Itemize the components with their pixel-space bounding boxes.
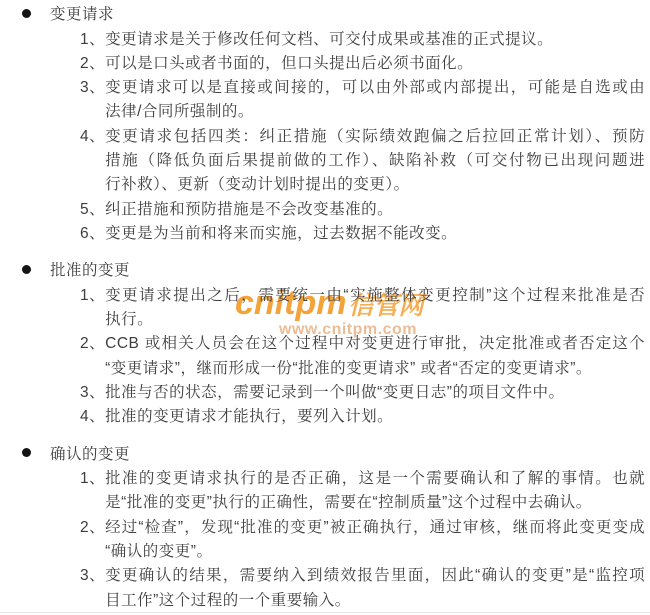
bullet-icon <box>22 9 31 18</box>
section-title: 变更请求 <box>50 6 114 23</box>
item-number: 3、 <box>80 381 105 405</box>
list-item: 1、 变更请求提出之后，需要统一由“实施整体变更控制”这个过程来批准是否执行。 <box>0 284 650 333</box>
list-item: 6、 变更是为当前和将来而实施，过去数据不能改变。 <box>0 222 650 246</box>
list-item: 1、 变更请求是关于修改任何文档、可交付成果或基准的正式提议。 <box>0 28 650 52</box>
item-text: 变更是为当前和将来而实施，过去数据不能改变。 <box>105 222 645 246</box>
document-content: 变更请求 1、 变更请求是关于修改任何文档、可交付成果或基准的正式提议。 2、 … <box>0 0 650 613</box>
section-title: 确认的变更 <box>50 446 130 463</box>
section-approved-changes: 批准的变更 1、 变更请求提出之后，需要统一由“实施整体变更控制”这个过程来批准… <box>0 259 650 429</box>
item-number: 2、 <box>80 516 105 565</box>
item-text: CCB 或相关人员会在这个过程中对变更进行审批，决定批准或者否定这个“变更请求”… <box>105 332 645 381</box>
list-item: 3、 变更确认的结果，需要纳入到绩效报告里面，因此“确认的变更”是“监控项目工作… <box>0 564 650 613</box>
item-number: 5、 <box>80 198 105 222</box>
item-number: 1、 <box>80 467 105 516</box>
document-page: cnitpm 信管网 www.cnitpm.com 变更请求 1、 变更请求是关… <box>0 0 650 615</box>
section-title: 批准的变更 <box>50 262 130 279</box>
list-item: 4、 批准的变更请求才能执行，要列入计划。 <box>0 405 650 429</box>
item-number: 4、 <box>80 125 105 198</box>
item-number: 2、 <box>80 332 105 381</box>
section-header: 变更请求 <box>0 3 650 28</box>
item-text: 纠正措施和预防措施是不会改变基准的。 <box>105 198 645 222</box>
item-text: 变更请求包括四类：纠正措施（实际绩效跑偏之后拉回正常计划）、预防措施（降低负面后… <box>105 125 645 198</box>
bullet-icon <box>22 448 31 457</box>
list-item: 2、 经过“检查”，发现“批准的变更”被正确执行，通过审核，继而将此变更变成“确… <box>0 516 650 565</box>
section-header: 确认的变更 <box>0 443 650 468</box>
list-item: 4、 变更请求包括四类：纠正措施（实际绩效跑偏之后拉回正常计划）、预防措施（降低… <box>0 125 650 198</box>
bullet-icon <box>22 265 31 274</box>
list-item: 1、 批准的变更请求执行的是否正确，这是一个需要确认和了解的事情。也就是“批准的… <box>0 467 650 516</box>
list-item: 2、 可以是口头或者书面的，但口头提出后必须书面化。 <box>0 52 650 76</box>
item-text: 批准的变更请求执行的是否正确，这是一个需要确认和了解的事情。也就是“批准的变更”… <box>105 467 645 516</box>
item-number: 3、 <box>80 76 105 125</box>
section-validated-changes: 确认的变更 1、 批准的变更请求执行的是否正确，这是一个需要确认和了解的事情。也… <box>0 443 650 613</box>
item-text: 批准与否的状态，需要记录到一个叫做“变更日志”的项目文件中。 <box>105 381 645 405</box>
list-item: 3、 变更请求可以是直接或间接的，可以由外部或内部提出，可能是自选或由法律/合同… <box>0 76 650 125</box>
page-bottom-divider <box>0 612 650 613</box>
item-text: 变更请求可以是直接或间接的，可以由外部或内部提出，可能是自选或由法律/合同所强制… <box>105 76 645 125</box>
item-number: 4、 <box>80 405 105 429</box>
item-number: 1、 <box>80 284 105 333</box>
item-number: 2、 <box>80 52 105 76</box>
item-text: 批准的变更请求才能执行，要列入计划。 <box>105 405 645 429</box>
item-text: 变更确认的结果，需要纳入到绩效报告里面，因此“确认的变更”是“监控项目工作”这个… <box>105 564 645 613</box>
item-text: 可以是口头或者书面的，但口头提出后必须书面化。 <box>105 52 645 76</box>
list-item: 5、 纠正措施和预防措施是不会改变基准的。 <box>0 198 650 222</box>
item-text: 变更请求提出之后，需要统一由“实施整体变更控制”这个过程来批准是否执行。 <box>105 284 645 333</box>
item-text: 经过“检查”，发现“批准的变更”被正确执行，通过审核，继而将此变更变成“确认的变… <box>105 516 645 565</box>
item-text: 变更请求是关于修改任何文档、可交付成果或基准的正式提议。 <box>105 28 645 52</box>
list-item: 3、 批准与否的状态，需要记录到一个叫做“变更日志”的项目文件中。 <box>0 381 650 405</box>
item-number: 3、 <box>80 564 105 613</box>
section-header: 批准的变更 <box>0 259 650 284</box>
item-number: 6、 <box>80 222 105 246</box>
item-number: 1、 <box>80 28 105 52</box>
list-item: 2、 CCB 或相关人员会在这个过程中对变更进行审批，决定批准或者否定这个“变更… <box>0 332 650 381</box>
section-change-requests: 变更请求 1、 变更请求是关于修改任何文档、可交付成果或基准的正式提议。 2、 … <box>0 3 650 246</box>
